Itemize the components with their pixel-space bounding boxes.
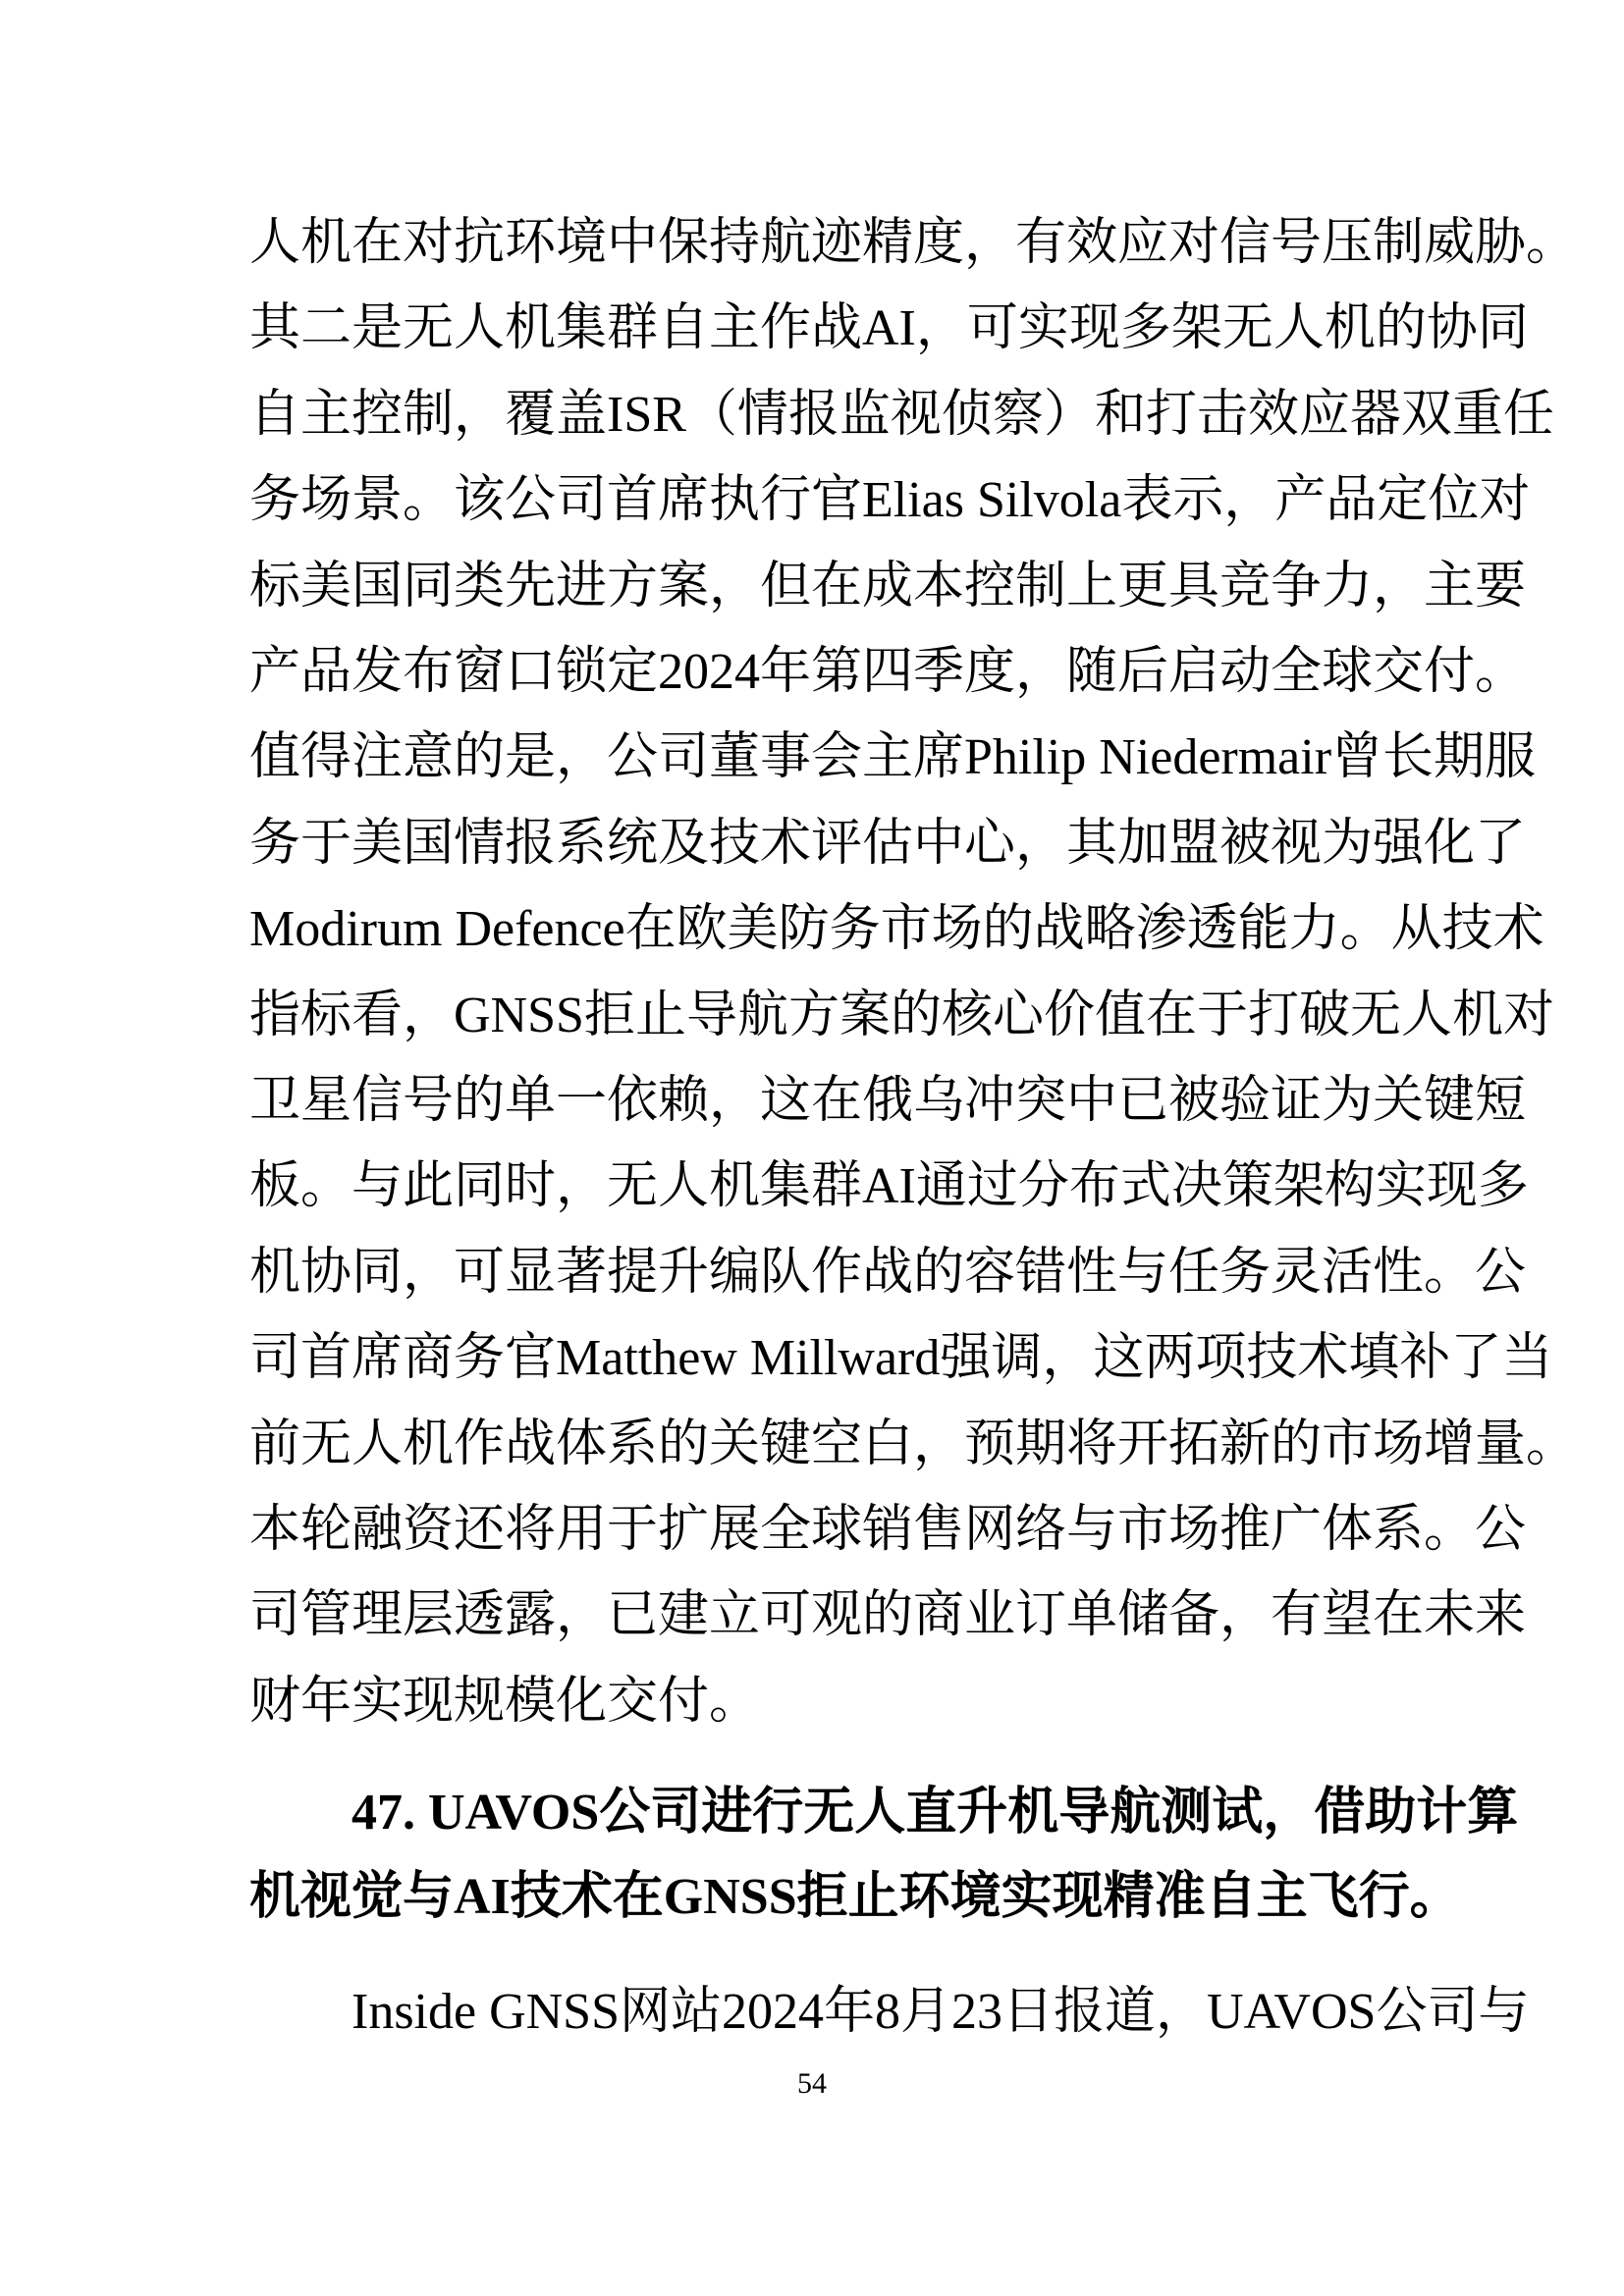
body-line: 卫星信号的单一依赖，这在俄乌冲突中已被验证为关键短 <box>249 1072 1386 1131</box>
body-line: 指标看，GNSS拒止导航方案的核心价值在于打破无人机对 <box>249 987 1386 1045</box>
body-line: 标美国同类先进方案，但在成本控制上更具竞争力，主要 <box>249 558 1386 616</box>
body-line: 本轮融资还将用于扩展全球销售网络与市场推广体系。公 <box>249 1501 1386 1560</box>
section-heading-line: 47. UAVOS公司进行无人直升机导航测试，借助计算 <box>249 1784 1386 1842</box>
body-line: Inside GNSS网站2024年8月23日报道，UAVOS公司与 <box>249 1983 1386 2042</box>
body-line: 自主控制，覆盖ISR（情报监视侦察）和打击效应器双重任 <box>249 386 1386 445</box>
section-heading-line: 机视觉与AI技术在GNSS拒止环境实现精准自主飞行。 <box>249 1868 1386 1927</box>
body-line: 值得注意的是，公司董事会主席Philip Niedermair曾长期服 <box>249 728 1386 787</box>
body-line: 板。与此同时，无人机集群AI通过分布式决策架构实现多 <box>249 1157 1386 1216</box>
body-line: 司管理层透露，已建立可观的商业订单储备，有望在未来 <box>249 1586 1386 1645</box>
body-line: 财年实现规模化交付。 <box>249 1673 1386 1732</box>
body-line: 务于美国情报系统及技术评估中心，其加盟被视为强化了 <box>249 815 1386 874</box>
body-line: Modirum Defence在欧美防务市场的战略渗透能力。从技术 <box>249 900 1386 959</box>
body-line: 人机在对抗环境中保持航迹精度，有效应对信号压制威胁。 <box>249 214 1386 273</box>
body-line: 前无人机作战体系的关键空白，预期将开拓新的市场增量。 <box>249 1415 1386 1474</box>
body-line: 产品发布窗口锁定2024年第四季度，随后启动全球交付。 <box>249 643 1386 702</box>
body-line: 司首席商务官Matthew Millward强调，这两项技术填补了当 <box>249 1329 1386 1388</box>
body-line: 其二是无人机集群自主作战AI，可实现多架无人机的协同 <box>249 299 1386 358</box>
body-line: 务场景。该公司首席执行官Elias Silvola表示，产品定位对 <box>249 471 1386 530</box>
page-number: 54 <box>0 2066 1624 2102</box>
body-line: 机协同，可显著提升编队作战的容错性与任务灵活性。公 <box>249 1244 1386 1303</box>
